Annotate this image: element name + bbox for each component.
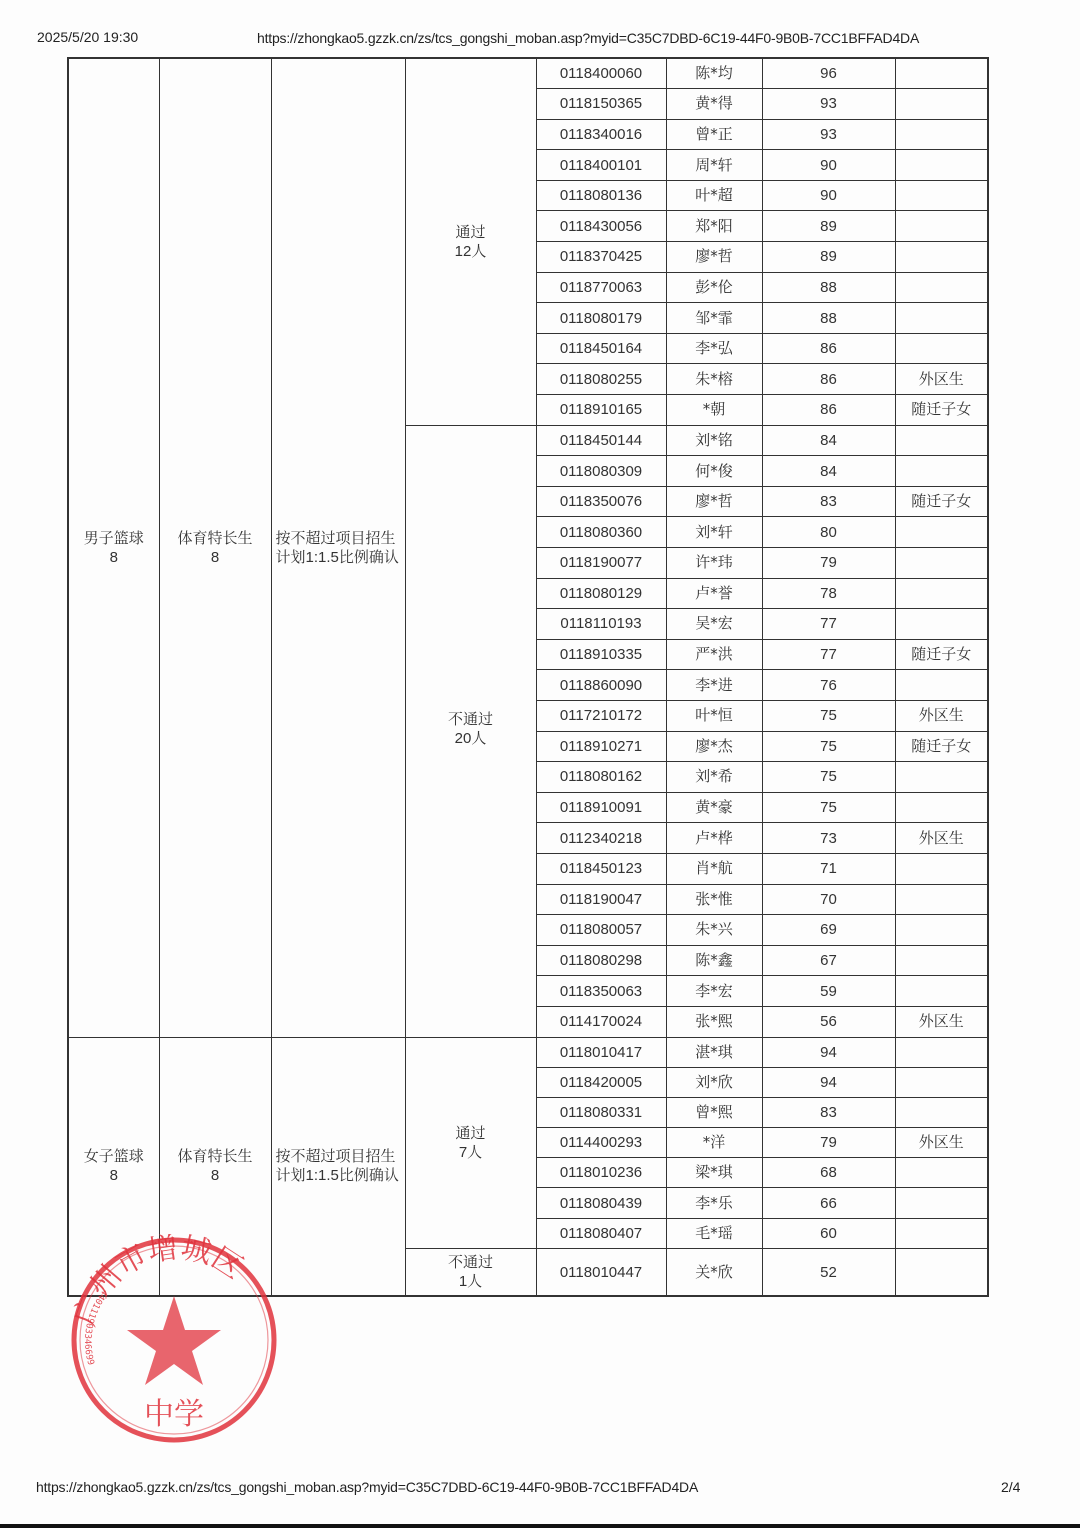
score-cell: 67	[762, 945, 895, 976]
table-row: 男子篮球8体育特长生8按不超过项目招生计划1:1.5比例确认通过12人01184…	[68, 58, 988, 89]
score-cell: 94	[762, 1067, 895, 1097]
admission-results-table: 男子篮球8体育特长生8按不超过项目招生计划1:1.5比例确认通过12人01184…	[67, 57, 989, 1297]
exam-number-cell: 0118430056	[536, 211, 666, 242]
student-name-cell: 严*洪	[666, 639, 762, 670]
score-cell: 84	[762, 456, 895, 487]
score-cell: 59	[762, 976, 895, 1007]
result-status-cell-text: 1人	[459, 1273, 482, 1290]
note-cell	[895, 425, 988, 456]
exam-number-cell: 0118450164	[536, 333, 666, 364]
note-cell	[895, 89, 988, 120]
note-cell	[895, 1248, 988, 1296]
exam-number-cell: 0118450144	[536, 425, 666, 456]
note-cell: 外区生	[895, 700, 988, 731]
student-name-cell: 朱*兴	[666, 915, 762, 946]
student-name-cell: 邹*霏	[666, 303, 762, 334]
stamp-text-bottom: 中学	[144, 1397, 204, 1432]
stamp-serial: 440111903346699	[82, 1287, 110, 1366]
score-cell: 94	[762, 1037, 895, 1067]
result-status-cell-text: 通过	[455, 1125, 485, 1142]
exam-number-cell: 0118150365	[536, 89, 666, 120]
student-name-cell: 李*乐	[666, 1188, 762, 1218]
exam-number-cell: 0118190077	[536, 548, 666, 579]
exam-number-cell: 0118860090	[536, 670, 666, 701]
rule-cell: 按不超过项目招生计划1:1.5比例确认	[271, 58, 405, 1037]
exam-number-cell: 0118080407	[536, 1218, 666, 1248]
note-cell	[895, 945, 988, 976]
student-name-cell: 张*惟	[666, 884, 762, 915]
category-cell: 体育特长生8	[159, 1037, 271, 1296]
score-cell: 93	[762, 89, 895, 120]
exam-number-cell: 0118080162	[536, 762, 666, 793]
note-cell	[895, 762, 988, 793]
note-cell	[895, 150, 988, 181]
score-cell: 90	[762, 180, 895, 211]
result-status-cell: 通过7人	[405, 1037, 536, 1248]
note-cell	[895, 1097, 988, 1127]
student-name-cell: 吴*宏	[666, 609, 762, 640]
score-cell: 90	[762, 150, 895, 181]
student-name-cell: 湛*琪	[666, 1037, 762, 1067]
exam-number-cell: 0118080255	[536, 364, 666, 395]
score-cell: 83	[762, 486, 895, 517]
student-name-cell: 许*玮	[666, 548, 762, 579]
student-name-cell: 张*熙	[666, 1006, 762, 1037]
score-cell: 69	[762, 915, 895, 946]
note-cell	[895, 670, 988, 701]
score-cell: 71	[762, 853, 895, 884]
score-cell: 73	[762, 823, 895, 854]
exam-number-cell: 0118110193	[536, 609, 666, 640]
score-cell: 79	[762, 1128, 895, 1158]
exam-number-cell: 0118910091	[536, 792, 666, 823]
exam-number-cell: 0118370425	[536, 242, 666, 273]
student-name-cell: 李*进	[666, 670, 762, 701]
exam-number-cell: 0118190047	[536, 884, 666, 915]
table-row: 女子篮球8体育特长生8按不超过项目招生计划1:1.5比例确认通过7人011801…	[68, 1037, 988, 1067]
result-status-cell-text: 通过	[455, 224, 485, 241]
note-cell	[895, 976, 988, 1007]
page-number: 2/4	[1001, 1479, 1020, 1495]
score-cell: 80	[762, 517, 895, 548]
note-cell: 随迁子女	[895, 731, 988, 762]
student-name-cell: 肖*航	[666, 853, 762, 884]
note-cell	[895, 58, 988, 89]
result-status-cell: 不通过1人	[405, 1248, 536, 1296]
score-cell: 79	[762, 548, 895, 579]
category-cell-text: 8	[211, 1167, 219, 1184]
exam-number-cell: 0118400060	[536, 58, 666, 89]
note-cell	[895, 884, 988, 915]
exam-number-cell: 0118420005	[536, 1067, 666, 1097]
exam-number-cell: 0118910335	[536, 639, 666, 670]
exam-number-cell: 0118080179	[536, 303, 666, 334]
note-cell	[895, 792, 988, 823]
exam-number-cell: 0117210172	[536, 700, 666, 731]
score-cell: 68	[762, 1158, 895, 1188]
project-cell: 男子篮球8	[68, 58, 159, 1037]
student-name-cell: 卢*誉	[666, 578, 762, 609]
exam-number-cell: 0118910165	[536, 395, 666, 426]
exam-number-cell: 0118080298	[536, 945, 666, 976]
category-cell-text: 体育特长生	[177, 530, 252, 547]
student-name-cell: 刘*希	[666, 762, 762, 793]
score-cell: 88	[762, 272, 895, 303]
score-cell: 89	[762, 211, 895, 242]
student-name-cell: 朱*榕	[666, 364, 762, 395]
student-name-cell: 李*弘	[666, 333, 762, 364]
student-name-cell: 毛*瑶	[666, 1218, 762, 1248]
exam-number-cell: 0118910271	[536, 731, 666, 762]
note-cell	[895, 1188, 988, 1218]
score-cell: 83	[762, 1097, 895, 1127]
note-cell	[895, 1158, 988, 1188]
rule-cell: 按不超过项目招生计划1:1.5比例确认	[271, 1037, 405, 1296]
project-cell-text: 8	[110, 1167, 118, 1184]
note-cell: 随迁子女	[895, 486, 988, 517]
student-name-cell: 曾*正	[666, 119, 762, 150]
project-cell-text: 男子篮球	[84, 530, 144, 547]
result-status-cell: 不通过20人	[405, 425, 536, 1037]
student-name-cell: 陈*均	[666, 58, 762, 89]
note-cell	[895, 548, 988, 579]
note-cell: 外区生	[895, 364, 988, 395]
note-cell	[895, 915, 988, 946]
exam-number-cell: 0112340218	[536, 823, 666, 854]
student-name-cell: 廖*哲	[666, 242, 762, 273]
note-cell	[895, 119, 988, 150]
result-status-cell-text: 20人	[455, 730, 487, 747]
exam-number-cell: 0118080360	[536, 517, 666, 548]
project-cell: 女子篮球8	[68, 1037, 159, 1296]
category-cell: 体育特长生8	[159, 58, 271, 1037]
student-name-cell: 卢*桦	[666, 823, 762, 854]
exam-number-cell: 0118350076	[536, 486, 666, 517]
score-cell: 96	[762, 58, 895, 89]
exam-number-cell: 0118400101	[536, 150, 666, 181]
note-cell	[895, 303, 988, 334]
exam-number-cell: 0118080057	[536, 915, 666, 946]
student-name-cell: 叶*超	[666, 180, 762, 211]
exam-number-cell: 0118010236	[536, 1158, 666, 1188]
note-cell	[895, 1067, 988, 1097]
exam-number-cell: 0114400293	[536, 1128, 666, 1158]
page-edge-divider	[0, 1524, 1080, 1528]
score-cell: 86	[762, 333, 895, 364]
score-cell: 52	[762, 1248, 895, 1296]
project-cell-text: 女子篮球	[84, 1148, 144, 1165]
exam-number-cell: 0118340016	[536, 119, 666, 150]
category-cell-text: 体育特长生	[177, 1148, 252, 1165]
student-name-cell: 曾*熙	[666, 1097, 762, 1127]
exam-number-cell: 0118080331	[536, 1097, 666, 1127]
student-name-cell: 何*俊	[666, 456, 762, 487]
note-cell	[895, 1218, 988, 1248]
note-cell	[895, 333, 988, 364]
footer-url: https://zhongkao5.gzzk.cn/zs/tcs_gongshi…	[36, 1479, 698, 1495]
student-name-cell: 关*欣	[666, 1248, 762, 1296]
score-cell: 93	[762, 119, 895, 150]
exam-number-cell: 0118080309	[536, 456, 666, 487]
student-name-cell: 黄*豪	[666, 792, 762, 823]
student-name-cell: *朝	[666, 395, 762, 426]
score-cell: 78	[762, 578, 895, 609]
exam-number-cell: 0118010447	[536, 1248, 666, 1296]
result-status-cell: 通过12人	[405, 58, 536, 425]
star-icon	[127, 1296, 221, 1385]
note-cell	[895, 242, 988, 273]
exam-number-cell: 0118770063	[536, 272, 666, 303]
note-cell: 随迁子女	[895, 639, 988, 670]
score-cell: 75	[762, 731, 895, 762]
score-cell: 75	[762, 792, 895, 823]
student-name-cell: 黄*得	[666, 89, 762, 120]
note-cell	[895, 456, 988, 487]
student-name-cell: 梁*琪	[666, 1158, 762, 1188]
score-cell: 88	[762, 303, 895, 334]
student-name-cell: 刘*欣	[666, 1067, 762, 1097]
score-cell: 84	[762, 425, 895, 456]
score-cell: 56	[762, 1006, 895, 1037]
score-cell: 89	[762, 242, 895, 273]
exam-number-cell: 0118010417	[536, 1037, 666, 1067]
note-cell	[895, 578, 988, 609]
project-cell-text: 8	[110, 549, 118, 566]
print-datetime: 2025/5/20 19:30	[37, 29, 138, 45]
note-cell	[895, 609, 988, 640]
svg-text:440111903346699: 440111903346699	[82, 1287, 110, 1366]
score-cell: 76	[762, 670, 895, 701]
note-cell	[895, 211, 988, 242]
student-name-cell: 廖*杰	[666, 731, 762, 762]
score-cell: 77	[762, 639, 895, 670]
note-cell: 外区生	[895, 823, 988, 854]
student-name-cell: *洋	[666, 1128, 762, 1158]
score-cell: 70	[762, 884, 895, 915]
exam-number-cell: 0118080439	[536, 1188, 666, 1218]
note-cell	[895, 180, 988, 211]
exam-number-cell: 0118080129	[536, 578, 666, 609]
exam-number-cell: 0118080136	[536, 180, 666, 211]
score-cell: 86	[762, 395, 895, 426]
note-cell	[895, 517, 988, 548]
result-status-cell-text: 不通过	[448, 711, 493, 728]
note-cell	[895, 272, 988, 303]
score-cell: 77	[762, 609, 895, 640]
student-name-cell: 李*宏	[666, 976, 762, 1007]
header-url: https://zhongkao5.gzzk.cn/zs/tcs_gongshi…	[257, 30, 919, 46]
student-name-cell: 刘*轩	[666, 517, 762, 548]
note-cell	[895, 853, 988, 884]
note-cell: 随迁子女	[895, 395, 988, 426]
result-status-cell-text: 7人	[459, 1144, 482, 1161]
student-name-cell: 刘*铭	[666, 425, 762, 456]
result-status-cell-text: 12人	[455, 243, 487, 260]
result-status-cell-text: 不通过	[448, 1254, 493, 1271]
score-cell: 86	[762, 364, 895, 395]
score-cell: 75	[762, 762, 895, 793]
note-cell: 外区生	[895, 1128, 988, 1158]
student-name-cell: 陈*鑫	[666, 945, 762, 976]
note-cell: 外区生	[895, 1006, 988, 1037]
student-name-cell: 周*轩	[666, 150, 762, 181]
score-cell: 75	[762, 700, 895, 731]
score-cell: 60	[762, 1218, 895, 1248]
student-name-cell: 叶*恒	[666, 700, 762, 731]
note-cell	[895, 1037, 988, 1067]
exam-number-cell: 0114170024	[536, 1006, 666, 1037]
student-name-cell: 郑*阳	[666, 211, 762, 242]
exam-number-cell: 0118450123	[536, 853, 666, 884]
student-name-cell: 彭*伦	[666, 272, 762, 303]
score-cell: 66	[762, 1188, 895, 1218]
exam-number-cell: 0118350063	[536, 976, 666, 1007]
category-cell-text: 8	[211, 549, 219, 566]
student-name-cell: 廖*哲	[666, 486, 762, 517]
